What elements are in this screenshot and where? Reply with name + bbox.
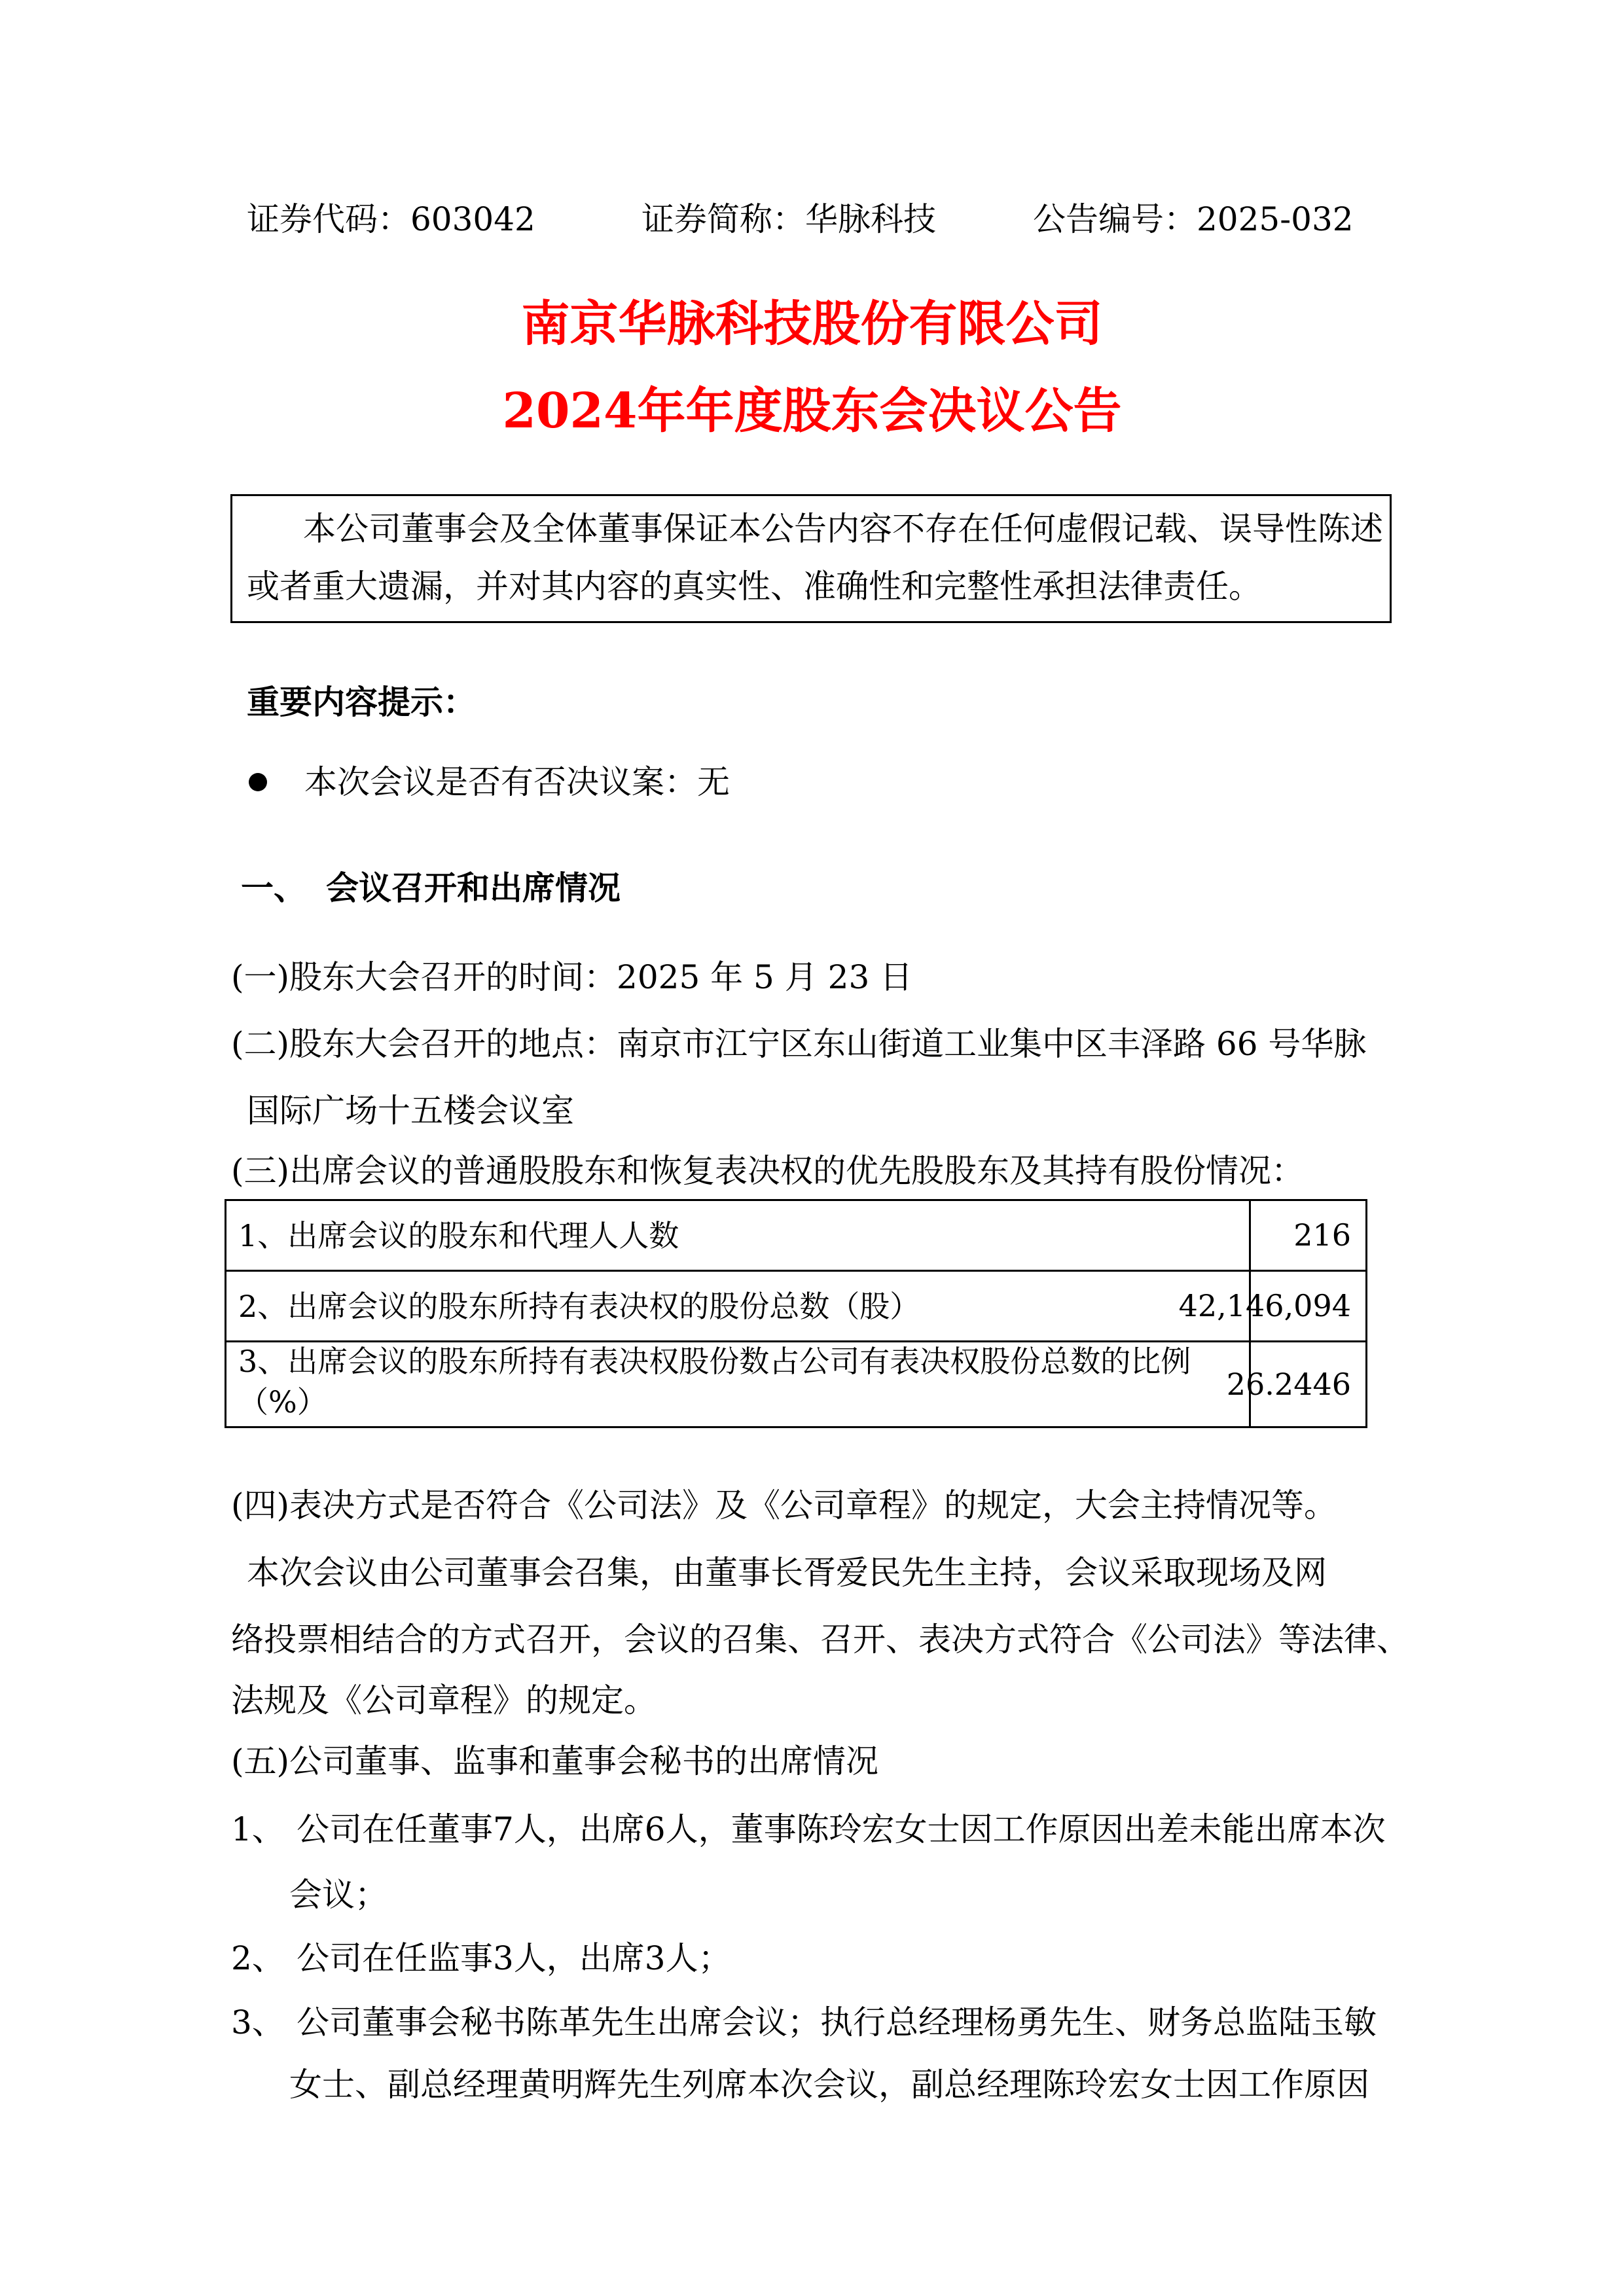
list-item-number: 2、 <box>231 1939 285 1978</box>
highlight-item: 本次会议是否有否决议案：无 <box>304 762 730 802</box>
table-cell-value: 26.2446 <box>1227 1365 1351 1404</box>
list-item-text: 公司在任董事7人，出席6人，董事陈玲宏女士因工作原因出差未能出席本次 <box>297 1810 1386 1849</box>
disclaimer-line-1: 本公司董事会及全体董事保证本公告内容不存在任何虚假记载、误导性陈述 <box>303 509 1383 548</box>
disclaimer-box: 本公司董事会及全体董事保证本公告内容不存在任何虚假记载、误导性陈述 或者重大遗漏… <box>230 494 1392 623</box>
list-item-text: 公司董事会秘书陈革先生出席会议；执行总经理杨勇先生、财务总监陆玉敏 <box>297 2003 1377 2042</box>
table-cell-label: 3、出席会议的股东所持有表决权股份数占公司有表决权股份总数的比例（%） <box>238 1341 1233 1422</box>
announcement-number: 公告编号：2025-032 <box>1033 200 1354 239</box>
table-cell-value: 216 <box>1293 1215 1351 1255</box>
stock-abbreviation: 证券简称：华脉科技 <box>641 200 936 239</box>
voting-method-heading: (四)表决方式是否符合《公司法》及《公司章程》的规定，大会主持情况等。 <box>231 1486 1337 1525</box>
list-item-text: 公司在任监事3人，出席3人； <box>297 1939 731 1978</box>
table-cell-label: 1、出席会议的股东和代理人人数 <box>238 1213 1233 1259</box>
table-cell-value: 42,146,094 <box>1179 1286 1351 1325</box>
voting-para-line-3: 法规及《公司章程》的规定。 <box>231 1681 657 1720</box>
disclaimer-line-2: 或者重大遗漏，并对其内容的真实性、准确性和完整性承担法律责任。 <box>247 567 1261 606</box>
attendance-intro: (三)出席会议的普通股股东和恢复表决权的优先股股东及其持有股份情况： <box>231 1151 1304 1191</box>
highlights-heading: 重要内容提示： <box>247 683 476 722</box>
table-row: 2、出席会议的股东所持有表决权的股份总数（股） 42,146,094 <box>226 1272 1365 1342</box>
voting-para-line-1: 本次会议由公司董事会召集，由董事长胥爱民先生主持，会议采取现场及网 <box>247 1553 1327 1592</box>
attendance-table: 1、出席会议的股东和代理人人数 216 2、出席会议的股东所持有表决权的股份总数… <box>225 1199 1367 1428</box>
section-heading: 会议召开和出席情况 <box>326 869 621 908</box>
list-item-text-cont: 女士、副总经理黄明辉先生列席本次会议，副总经理陈玲宏女士因工作原因 <box>289 2065 1369 2104</box>
stock-code: 证券代码：603042 <box>247 200 535 239</box>
voting-para-line-2: 络投票相结合的方式召开，会议的召集、召开、表决方式符合《公司法》等法律、 <box>231 1620 1409 1659</box>
company-name-title: 南京华脉科技股份有限公司 <box>0 295 1624 353</box>
column-divider <box>1249 1201 1251 1426</box>
meeting-location-line-2: 国际广场十五楼会议室 <box>247 1091 574 1130</box>
list-item-number: 1、 <box>231 1810 285 1849</box>
table-row: 3、出席会议的股东所持有表决权股份数占公司有表决权股份总数的比例（%） 26.2… <box>226 1342 1365 1426</box>
meeting-time: (一)股东大会召开的时间：2025 年 5 月 23 日 <box>231 958 912 997</box>
list-item-text-cont: 会议； <box>289 1875 388 1914</box>
attendance-officers-heading: (五)公司董事、监事和董事会秘书的出席情况 <box>231 1742 878 1781</box>
bullet-icon <box>249 773 267 791</box>
announcement-title: 2024年年度股东会决议公告 <box>0 382 1624 440</box>
section-number: 一、 <box>241 869 306 908</box>
table-row: 1、出席会议的股东和代理人人数 216 <box>226 1201 1365 1272</box>
table-cell-label: 2、出席会议的股东所持有表决权的股份总数（股） <box>238 1283 1233 1329</box>
list-item-number: 3、 <box>231 2003 285 2042</box>
meeting-location-line-1: (二)股东大会召开的地点：南京市江宁区东山街道工业集中区丰泽路 66 号华脉 <box>231 1024 1366 1064</box>
